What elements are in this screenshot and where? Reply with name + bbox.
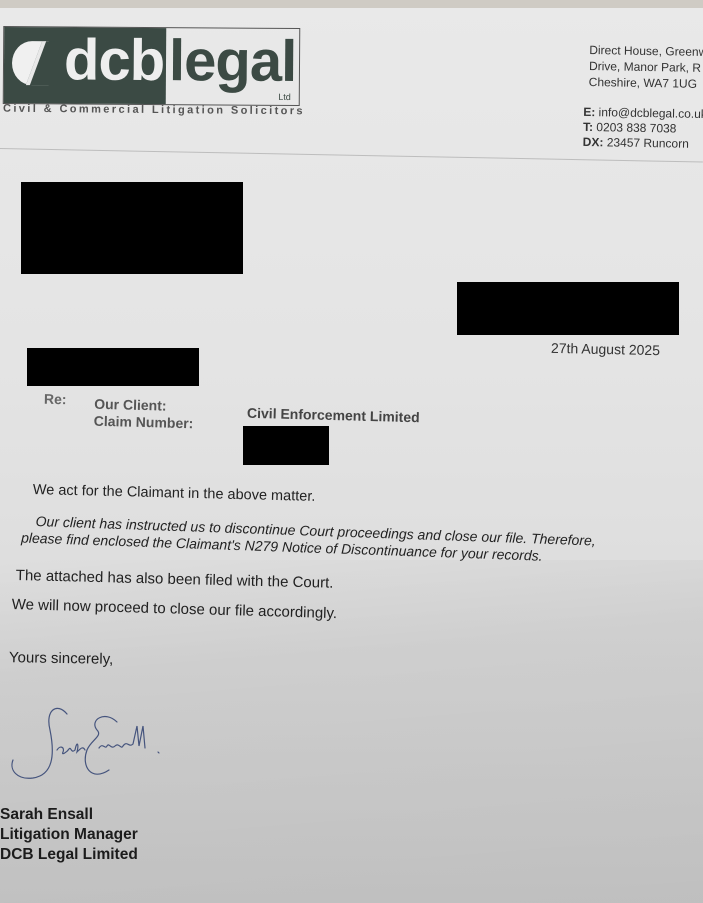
company-contact: E: info@dcblegal.co.uk T: 0203 838 7038 … <box>583 105 703 152</box>
signatory-title: Litigation Manager <box>0 825 138 845</box>
company-logo: dcb legal Ltd <box>3 26 301 106</box>
logo-ltd-text: Ltd <box>278 92 291 102</box>
handwritten-signature <box>5 700 175 790</box>
client-value: Civil Enforcement Limited <box>247 405 420 426</box>
letter-date: 27th August 2025 <box>551 340 660 358</box>
email-label: E: <box>583 105 595 119</box>
company-tagline: Civil & Commercial Litigation Solicitors <box>3 103 305 118</box>
re-label: Re: <box>44 391 67 407</box>
background-surface <box>0 0 703 8</box>
address-line: Cheshire, WA7 1UG <box>589 74 703 92</box>
email-value: info@dcblegal.co.uk <box>598 105 703 121</box>
closing-salutation: Yours sincerely, <box>9 649 113 668</box>
dx-label: DX: <box>583 135 604 149</box>
phone-label: T: <box>583 120 593 134</box>
claim-number-label: Claim Number: <box>94 413 194 433</box>
signatory-name: Sarah Ensall <box>0 805 138 825</box>
reference-labels: Our Client: Claim Number: <box>94 396 194 433</box>
phone-value: 0203 838 7038 <box>596 120 676 135</box>
redacted-reference <box>457 282 679 335</box>
letter-page: dcb legal Ltd Civil & Commercial Litigat… <box>0 0 703 903</box>
logo-dcb-text: dcb <box>64 31 165 90</box>
dx-line: DX: 23457 Runcorn <box>583 135 703 152</box>
signatory-company: DCB Legal Limited <box>0 845 138 865</box>
body-paragraph-2: Our client has instructed us to disconti… <box>35 513 596 567</box>
body-paragraph-1: We act for the Claimant in the above mat… <box>33 482 316 505</box>
redacted-salutation <box>27 348 199 386</box>
logo-legal-text: legal <box>169 32 297 91</box>
redacted-claim-number <box>243 426 329 465</box>
signatory-block: Sarah Ensall Litigation Manager DCB Lega… <box>0 805 138 865</box>
dx-value: 23457 Runcorn <box>607 135 689 150</box>
redacted-recipient-address <box>21 182 243 274</box>
body-paragraph-3: The attached has also been filed with th… <box>16 567 334 592</box>
body-paragraph-4: We will now proceed to close our file ac… <box>12 596 338 622</box>
company-address: Direct House, Greenw Drive, Manor Park, … <box>589 42 703 92</box>
